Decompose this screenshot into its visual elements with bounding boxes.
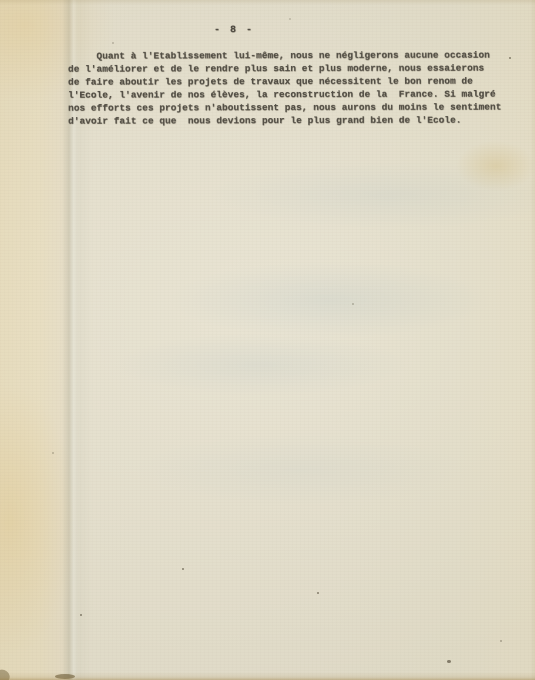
paper-speck [509, 57, 511, 59]
paper-blotch [0, 667, 12, 680]
paragraph-line: d'avoir fait ce que nous devions pour le… [68, 114, 501, 128]
paper-speck [80, 614, 82, 616]
paragraph-line: nos efforts ces projets n'aboutissent pa… [68, 101, 501, 115]
paper-speck [317, 592, 319, 594]
body-paragraph: Quant à l'Etablissement lui-même, nous n… [68, 48, 501, 128]
paragraph-line: l'Ecole, l'avenir de nos élèves, la reco… [68, 88, 501, 102]
paper-blotch [55, 674, 75, 679]
page-number: - 8 - [214, 25, 254, 36]
paper-speck [500, 640, 502, 642]
paragraph-line: de l'améliorer et de le rendre plus sain… [68, 62, 501, 76]
paragraph-line: de faire aboutir les projets de travaux … [68, 75, 501, 89]
scanned-document-page: - 8 - Quant à l'Etablissement lui-même, … [0, 0, 535, 680]
paper-speck [447, 660, 451, 663]
paper-speck [352, 303, 354, 305]
paper-speck [182, 568, 184, 570]
paragraph-line: Quant à l'Etablissement lui-même, nous n… [68, 48, 501, 62]
paper-speck [289, 18, 291, 20]
paper-speck [52, 452, 54, 454]
paper-speck [112, 42, 114, 44]
